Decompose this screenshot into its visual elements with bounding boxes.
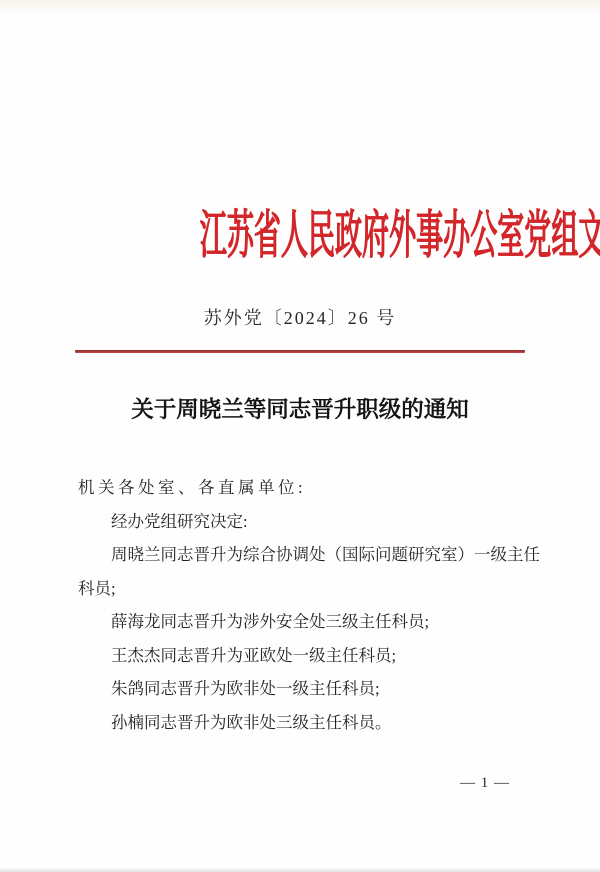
body-line-item2: 薛海龙同志晋升为涉外安全处三级主任科员; [78,605,534,639]
red-separator-line [75,350,525,353]
page-number: — 1 — [440,775,530,792]
body-line-intro: 经办党组研究决定: [78,505,534,539]
body-line-item5: 孙楠同志晋升为欧非处三级主任科员。 [78,706,534,740]
document-number: 苏外党〔2024〕26 号 [0,304,600,330]
scan-bottom-shadow [0,867,600,872]
red-header: 江苏省人民政府外事办公室党组文件 [0,206,600,268]
body-line-salutation: 机关各处室、各直属单位: [78,471,534,505]
document-page: 江苏省人民政府外事办公室党组文件 苏外党〔2024〕26 号 关于周晓兰等同志晋… [0,0,600,872]
org-header-text: 江苏省人民政府外事办公室党组文件 [200,206,600,268]
body-line-item3: 王杰杰同志晋升为亚欧处一级主任科员; [78,639,534,673]
body-line-item1-wrap: 科员; [78,572,534,606]
document-body: 机关各处室、各直属单位: 经办党组研究决定: 周晓兰同志晋升为综合协调处（国际问… [78,471,534,739]
document-title: 关于周晓兰等同志晋升职级的通知 [0,392,600,424]
scan-top-shadow [0,0,600,14]
body-line-item4: 朱鸽同志晋升为欧非处一级主任科员; [78,672,534,706]
body-line-item1: 周晓兰同志晋升为综合协调处（国际问题研究室）一级主任 [78,538,534,572]
